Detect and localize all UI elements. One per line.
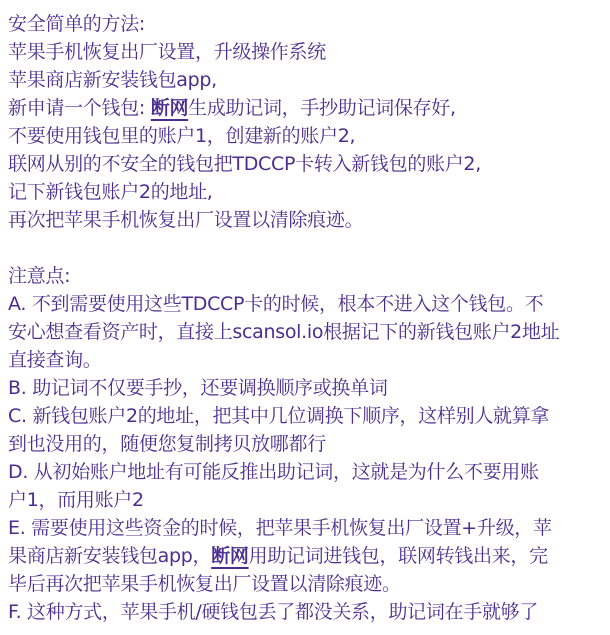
note-f-line-1: F. 这种方式，苹果手机/硬钱包丢了都没关系，助记词在手就够了 (8, 598, 602, 626)
method-title: 安全简单的方法: (8, 10, 602, 38)
method-step-5: 联网从别的不安全的钱包把TDCCP卡转入新钱包的账户2, (8, 150, 602, 178)
method-step-1: 苹果手机恢复出厂设置，升级操作系统 (8, 38, 602, 66)
note-e-line-1: E. 需要使用这些资金的时候，把苹果手机恢复出厂设置+升级，苹 (8, 514, 602, 542)
note-e-line-2-pre: 果商店新安装钱包app， (8, 545, 211, 567)
note-f: F. 这种方式，苹果手机/硬钱包丢了都没关系，助记词在手就够了 (8, 598, 602, 626)
note-e-line-2-post: 用助记词进钱包，联网转钱出来，完 (249, 545, 548, 567)
note-e-line-2: 果商店新安装钱包app，断网用助记词进钱包，联网转钱出来，完 (8, 542, 602, 570)
note-d-line-1: D. 从初始账户地址有可能反推出助记词，这就是为什么不要用账 (8, 458, 602, 486)
note-d-line-2: 户1，而用账户2 (8, 486, 602, 514)
offline-emphasis: 断网 (151, 97, 188, 119)
note-a: A. 不到需要使用这些TDCCP卡的时候，根本不进入这个钱包。不 安心想查看资产… (8, 290, 602, 374)
note-c-line-1: C. 新钱包账户2的地址，把其中几位调换下顺序，这样别人就算拿 (8, 402, 602, 430)
note-e: E. 需要使用这些资金的时候，把苹果手机恢复出厂设置+升级，苹 果商店新安装钱包… (8, 514, 602, 598)
method-step-3: 新申请一个钱包: 断网生成助记词，手抄助记词保存好, (8, 94, 602, 122)
section-gap (8, 234, 602, 262)
method-step-7: 再次把苹果手机恢复出厂设置以清除痕迹。 (8, 206, 602, 234)
note-b: B. 助记词不仅要手抄，还要调换顺序或换单词 (8, 374, 602, 402)
note-a-line-1: A. 不到需要使用这些TDCCP卡的时候，根本不进入这个钱包。不 (8, 290, 602, 318)
note-a-line-2: 安心想查看资产时，直接上scansol.io根据记下的新钱包账户2地址 (8, 318, 602, 346)
method-step-2: 苹果商店新安装钱包app, (8, 66, 602, 94)
method-step-3-prefix: 新申请一个钱包: (8, 97, 151, 119)
method-step-6: 记下新钱包账户2的地址, (8, 178, 602, 206)
note-b-line-1: B. 助记词不仅要手抄，还要调换顺序或换单词 (8, 374, 602, 402)
note-c-line-2: 到也没用的，随便您复制拷贝放哪都行 (8, 430, 602, 458)
document-body: 安全简单的方法: 苹果手机恢复出厂设置，升级操作系统 苹果商店新安装钱包app,… (0, 0, 610, 626)
note-e-line-3: 毕后再次把苹果手机恢复出厂设置以清除痕迹。 (8, 570, 602, 598)
method-step-4: 不要使用钱包里的账户1，创建新的账户2, (8, 122, 602, 150)
notes-title: 注意点: (8, 262, 602, 290)
note-a-line-3: 直接查询。 (8, 346, 602, 374)
method-step-3-rest: 生成助记词，手抄助记词保存好, (188, 97, 456, 119)
note-c: C. 新钱包账户2的地址，把其中几位调换下顺序，这样别人就算拿 到也没用的，随便… (8, 402, 602, 458)
offline-emphasis-2: 断网 (211, 545, 248, 567)
note-d: D. 从初始账户地址有可能反推出助记词，这就是为什么不要用账 户1，而用账户2 (8, 458, 602, 514)
